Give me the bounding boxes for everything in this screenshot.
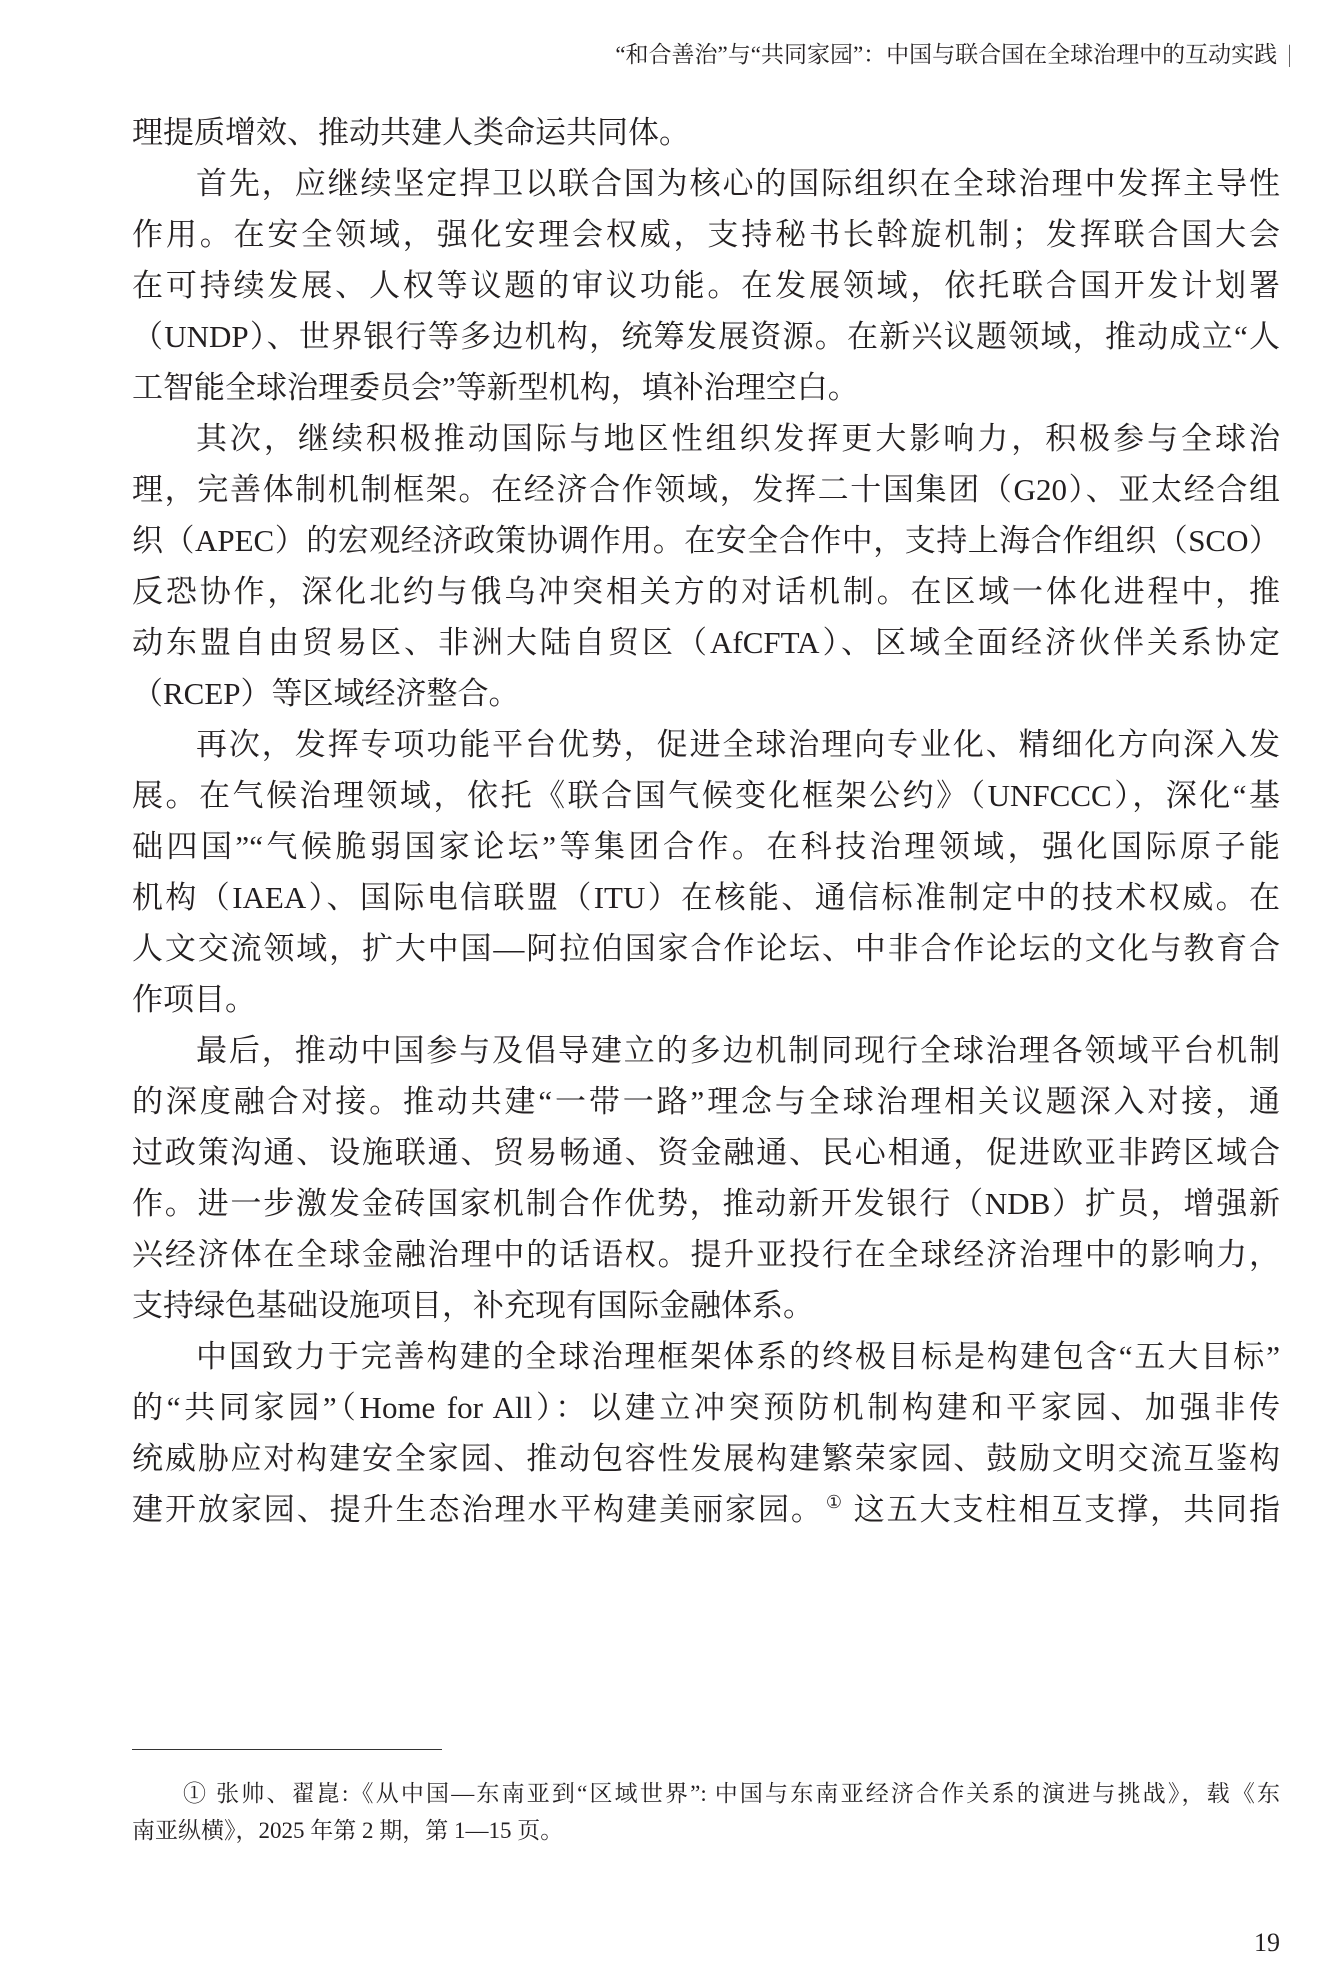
text-line: 人文交流领域，扩大中国—阿拉伯国家合作论坛、中非合作论坛的文化与教育合 [132,923,1280,974]
text-line: 础四国”“气候脆弱国家论坛”等集团合作。在科技治理领域，强化国际原子能 [132,821,1280,872]
text-line: 反恐协作，深化北约与俄乌冲突相关方的对话机制。在区域一体化进程中，推 [132,566,1280,617]
footnote-marker: ① [183,1781,208,1806]
text-line: 机构（IAEA）、国际电信联盟（ITU）在核能、通信标准制定中的技术权威。在 [132,872,1280,923]
text-line: 展。在气候治理领域，依托《联合国气候变化框架公约》（UNFCCC），深化“基 [132,770,1280,821]
text-line: 理，完善体制机制框架。在经济合作领域，发挥二十国集团（G20）、亚太经合组 [132,464,1280,515]
text-line: 其次，继续积极推动国际与地区性组织发挥更大影响力，积极参与全球治 [132,413,1280,464]
text-line: 统威胁应对构建安全家园、推动包容性发展构建繁荣家园、鼓励文明交流互鉴构 [132,1433,1280,1484]
text-line: 的“共同家园”（Home for All）：以建立冲突预防机制构建和平家园、加强… [132,1382,1280,1433]
text-line: 作用。在安全领域，强化安理会权威，支持秘书长斡旋机制；发挥联合国大会 [132,209,1280,260]
text-line: 建开放家园、提升生态治理水平构建美丽家园。① 这五大支柱相互支撑，共同指 [132,1484,1280,1535]
footnotes: ① 张帅、翟崑:《从中国—东南亚到“区域世界”: 中国与东南亚经济合作关系的演进… [132,1775,1280,1849]
text-line: 动东盟自由贸易区、非洲大陆自贸区（AfCFTA）、区域全面经济伙伴关系协定 [132,617,1280,668]
text-line: 再次，发挥专项功能平台优势，促进全球治理向专业化、精细化方向深入发 [132,719,1280,770]
text-line: 工智能全球治理委员会”等新型机构，填补治理空白。 [132,362,1280,413]
running-title: “和合善治”与“共同家园”：中国与联合国在全球治理中的互动实践 [615,40,1277,70]
body-text: 理提质增效、推动共建人类命运共同体。 首先，应继续坚定捍卫以联合国为核心的国际组… [132,107,1280,1535]
footnote-line: 南亚纵横》，2025 年第 2 期，第 1—15 页。 [132,1812,1280,1849]
text-line: 首先，应继续坚定捍卫以联合国为核心的国际组织在全球治理中发挥主导性 [132,158,1280,209]
text-line: （RCEP）等区域经济整合。 [132,668,1280,719]
text-line: 在可持续发展、人权等议题的审议功能。在发展领域，依托联合国开发计划署 [132,260,1280,311]
page-number: 19 [1254,1928,1280,1958]
paragraph: 中国致力于完善构建的全球治理框架体系的终极目标是构建包含“五大目标” 的“共同家… [132,1331,1280,1535]
text-line: 最后，推动中国参与及倡导建立的多边机制同现行全球治理各领域平台机制 [132,1025,1280,1076]
footnote-text: 张帅、翟崑:《从中国—东南亚到“区域世界”: 中国与东南亚经济合作关系的演进与挑… [208,1781,1280,1806]
text-line: 作项目。 [132,974,1280,1025]
text-line: 兴经济体在全球金融治理中的话语权。提升亚投行在全球经济治理中的影响力， [132,1229,1280,1280]
footnote-separator [132,1749,442,1750]
text-line: 中国致力于完善构建的全球治理框架体系的终极目标是构建包含“五大目标” [132,1331,1280,1382]
paragraph: 再次，发挥专项功能平台优势，促进全球治理向专业化、精细化方向深入发 展。在气候治… [132,719,1280,1025]
text-segment: 这五大支柱相互支撑，共同指 [844,1492,1280,1527]
header-rule: | [1288,40,1291,70]
paragraph: 其次，继续积极推动国际与地区性组织发挥更大影响力，积极参与全球治 理，完善体制机… [132,413,1280,719]
footnote-reference[interactable]: ① [826,1492,844,1512]
text-line: 理提质增效、推动共建人类命运共同体。 [132,107,1280,158]
text-line: 作。进一步激发金砖国家机制合作优势，推动新开发银行（NDB）扩员，增强新 [132,1178,1280,1229]
text-line: 过政策沟通、设施联通、贸易畅通、资金融通、民心相通，促进欧亚非跨区域合 [132,1127,1280,1178]
text-line: （UNDP）、世界银行等多边机构，统筹发展资源。在新兴议题领域，推动成立“人 [132,311,1280,362]
paragraph: 最后，推动中国参与及倡导建立的多边机制同现行全球治理各领域平台机制 的深度融合对… [132,1025,1280,1331]
paragraph: 理提质增效、推动共建人类命运共同体。 [132,107,1280,158]
paragraph: 首先，应继续坚定捍卫以联合国为核心的国际组织在全球治理中发挥主导性 作用。在安全… [132,158,1280,413]
text-line: 织（APEC）的宏观经济政策协调作用。在安全合作中，支持上海合作组织（SCO） [132,515,1280,566]
text-line: 的深度融合对接。推动共建“一带一路”理念与全球治理相关议题深入对接，通 [132,1076,1280,1127]
running-header: “和合善治”与“共同家园”：中国与联合国在全球治理中的互动实践 | [615,40,1292,70]
footnote-line: ① 张帅、翟崑:《从中国—东南亚到“区域世界”: 中国与东南亚经济合作关系的演进… [132,1775,1280,1812]
text-line: 支持绿色基础设施项目，补充现有国际金融体系。 [132,1280,1280,1331]
document-page: “和合善治”与“共同家园”：中国与联合国在全球治理中的互动实践 | 理提质增效、… [0,0,1340,1970]
text-segment: 建开放家园、提升生态治理水平构建美丽家园。 [132,1492,824,1527]
